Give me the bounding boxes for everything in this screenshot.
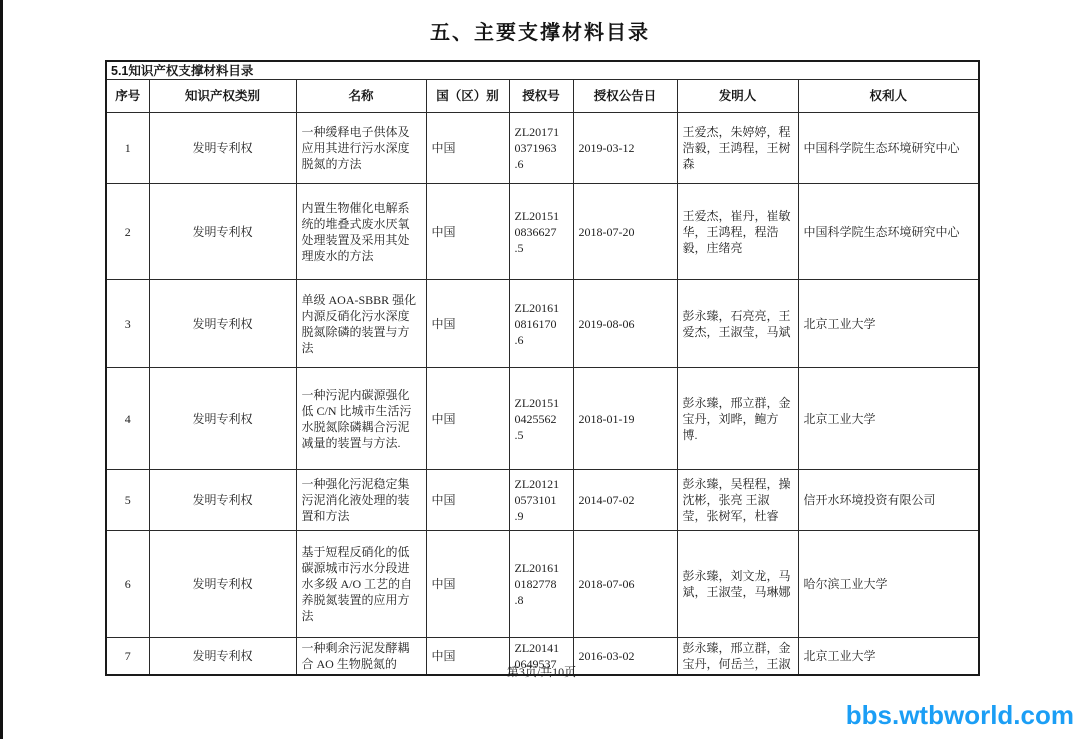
ip-table-container: 5.1知识产权支撑材料目录 序号知识产权类别名称国（区）别授权号授权公告日发明人…: [105, 60, 978, 676]
cell-patent_no: ZL20121 0573101 .9: [509, 470, 573, 531]
column-header: 权利人: [798, 80, 979, 113]
cell-name: 一种强化污泥稳定集污泥消化液处理的装置和方法: [296, 470, 426, 531]
cell-name: 一种缓释电子供体及应用其进行污水深度脱氮的方法: [296, 113, 426, 184]
cell-patent_no: ZL20161 0816170 .6: [509, 280, 573, 368]
cell-grant_date: 2019-03-12: [573, 113, 677, 184]
cell-no: 4: [106, 368, 149, 470]
cell-patent_no: ZL20151 0836627 .5: [509, 184, 573, 280]
cell-category: 发明专利权: [149, 184, 296, 280]
column-header: 名称: [296, 80, 426, 113]
table-row: 1发明专利权一种缓释电子供体及应用其进行污水深度脱氮的方法中国ZL20171 0…: [106, 113, 979, 184]
cell-name: 内置生物催化电解系统的堆叠式废水厌氧处理装置及采用其处理废水的方法: [296, 184, 426, 280]
section-title-row: 5.1知识产权支撑材料目录: [106, 61, 979, 80]
cell-no: 3: [106, 280, 149, 368]
cell-inventors: 彭永臻，吴程程，操沈彬，张亮 王淑莹，张树军，杜睿: [677, 470, 798, 531]
cell-country: 中国: [426, 113, 509, 184]
cell-no: 5: [106, 470, 149, 531]
cell-country: 中国: [426, 531, 509, 638]
header-row: 序号知识产权类别名称国（区）别授权号授权公告日发明人权利人: [106, 80, 979, 113]
column-header: 发明人: [677, 80, 798, 113]
cell-category: 发明专利权: [149, 531, 296, 638]
cell-patent_no: ZL20161 0182778 .8: [509, 531, 573, 638]
ip-table: 5.1知识产权支撑材料目录 序号知识产权类别名称国（区）别授权号授权公告日发明人…: [105, 60, 980, 676]
section-title: 5.1知识产权支撑材料目录: [106, 61, 979, 80]
cell-grant_date: 2014-07-02: [573, 470, 677, 531]
table-body: 1发明专利权一种缓释电子供体及应用其进行污水深度脱氮的方法中国ZL20171 0…: [106, 113, 979, 676]
column-header: 序号: [106, 80, 149, 113]
table-row: 5发明专利权一种强化污泥稳定集污泥消化液处理的装置和方法中国ZL20121 05…: [106, 470, 979, 531]
cell-category: 发明专利权: [149, 470, 296, 531]
cell-assignee: 北京工业大学: [798, 280, 979, 368]
cell-inventors: 彭永臻，邢立群，金宝丹，刘晔，鲍方博.: [677, 368, 798, 470]
cell-inventors: 王爱杰，崔丹，崔敏华，王鸿程，程浩毅，庄绪亮: [677, 184, 798, 280]
cell-grant_date: 2018-07-06: [573, 531, 677, 638]
table-row: 6发明专利权基于短程反硝化的低碳源城市污水分段进水多级 A/O 工艺的自养脱氮装…: [106, 531, 979, 638]
cell-grant_date: 2019-08-06: [573, 280, 677, 368]
cell-name: 单级 AOA-SBBR 强化内源反硝化污水深度脱氮除磷的装置与方法: [296, 280, 426, 368]
table-row: 3发明专利权单级 AOA-SBBR 强化内源反硝化污水深度脱氮除磷的装置与方法中…: [106, 280, 979, 368]
column-header: 知识产权类别: [149, 80, 296, 113]
cell-assignee: 北京工业大学: [798, 368, 979, 470]
cell-assignee: 中国科学院生态环境研究中心: [798, 184, 979, 280]
cell-category: 发明专利权: [149, 113, 296, 184]
cell-grant_date: 2018-07-20: [573, 184, 677, 280]
table-row: 2发明专利权内置生物催化电解系统的堆叠式废水厌氧处理装置及采用其处理废水的方法中…: [106, 184, 979, 280]
cell-inventors: 王爱杰，朱婷婷，程浩毅，王鸿程，王树森: [677, 113, 798, 184]
cell-no: 6: [106, 531, 149, 638]
watermark-text: bbs.wtbworld.com: [846, 700, 1074, 731]
cell-no: 1: [106, 113, 149, 184]
cell-grant_date: 2018-01-19: [573, 368, 677, 470]
cell-assignee: 中国科学院生态环境研究中心: [798, 113, 979, 184]
page-title: 五、主要支撑材料目录: [0, 16, 1080, 45]
cell-country: 中国: [426, 368, 509, 470]
cell-assignee: 哈尔滨工业大学: [798, 531, 979, 638]
page-number: 第3页/共10页: [105, 663, 978, 680]
cell-inventors: 彭永臻，石亮亮，王爱杰，王淑莹，马斌: [677, 280, 798, 368]
column-header: 国（区）别: [426, 80, 509, 113]
column-header: 授权公告日: [573, 80, 677, 113]
cell-inventors: 彭永臻，刘文龙，马斌，王淑莹，马琳娜: [677, 531, 798, 638]
cell-patent_no: ZL20171 0371963 .6: [509, 113, 573, 184]
cell-assignee: 信开水环境投资有限公司: [798, 470, 979, 531]
cell-no: 2: [106, 184, 149, 280]
column-header: 授权号: [509, 80, 573, 113]
cell-country: 中国: [426, 470, 509, 531]
cell-country: 中国: [426, 280, 509, 368]
table-row: 4发明专利权一种污泥内碳源强化低 C/N 比城市生活污水脱氮除磷耦合污泥减量的装…: [106, 368, 979, 470]
cell-category: 发明专利权: [149, 280, 296, 368]
cell-name: 一种污泥内碳源强化低 C/N 比城市生活污水脱氮除磷耦合污泥减量的装置与方法.: [296, 368, 426, 470]
cell-name: 基于短程反硝化的低碳源城市污水分段进水多级 A/O 工艺的自养脱氮装置的应用方法: [296, 531, 426, 638]
scan-edge-artifact: [0, 0, 3, 739]
cell-category: 发明专利权: [149, 368, 296, 470]
cell-patent_no: ZL20151 0425562 .5: [509, 368, 573, 470]
cell-country: 中国: [426, 184, 509, 280]
